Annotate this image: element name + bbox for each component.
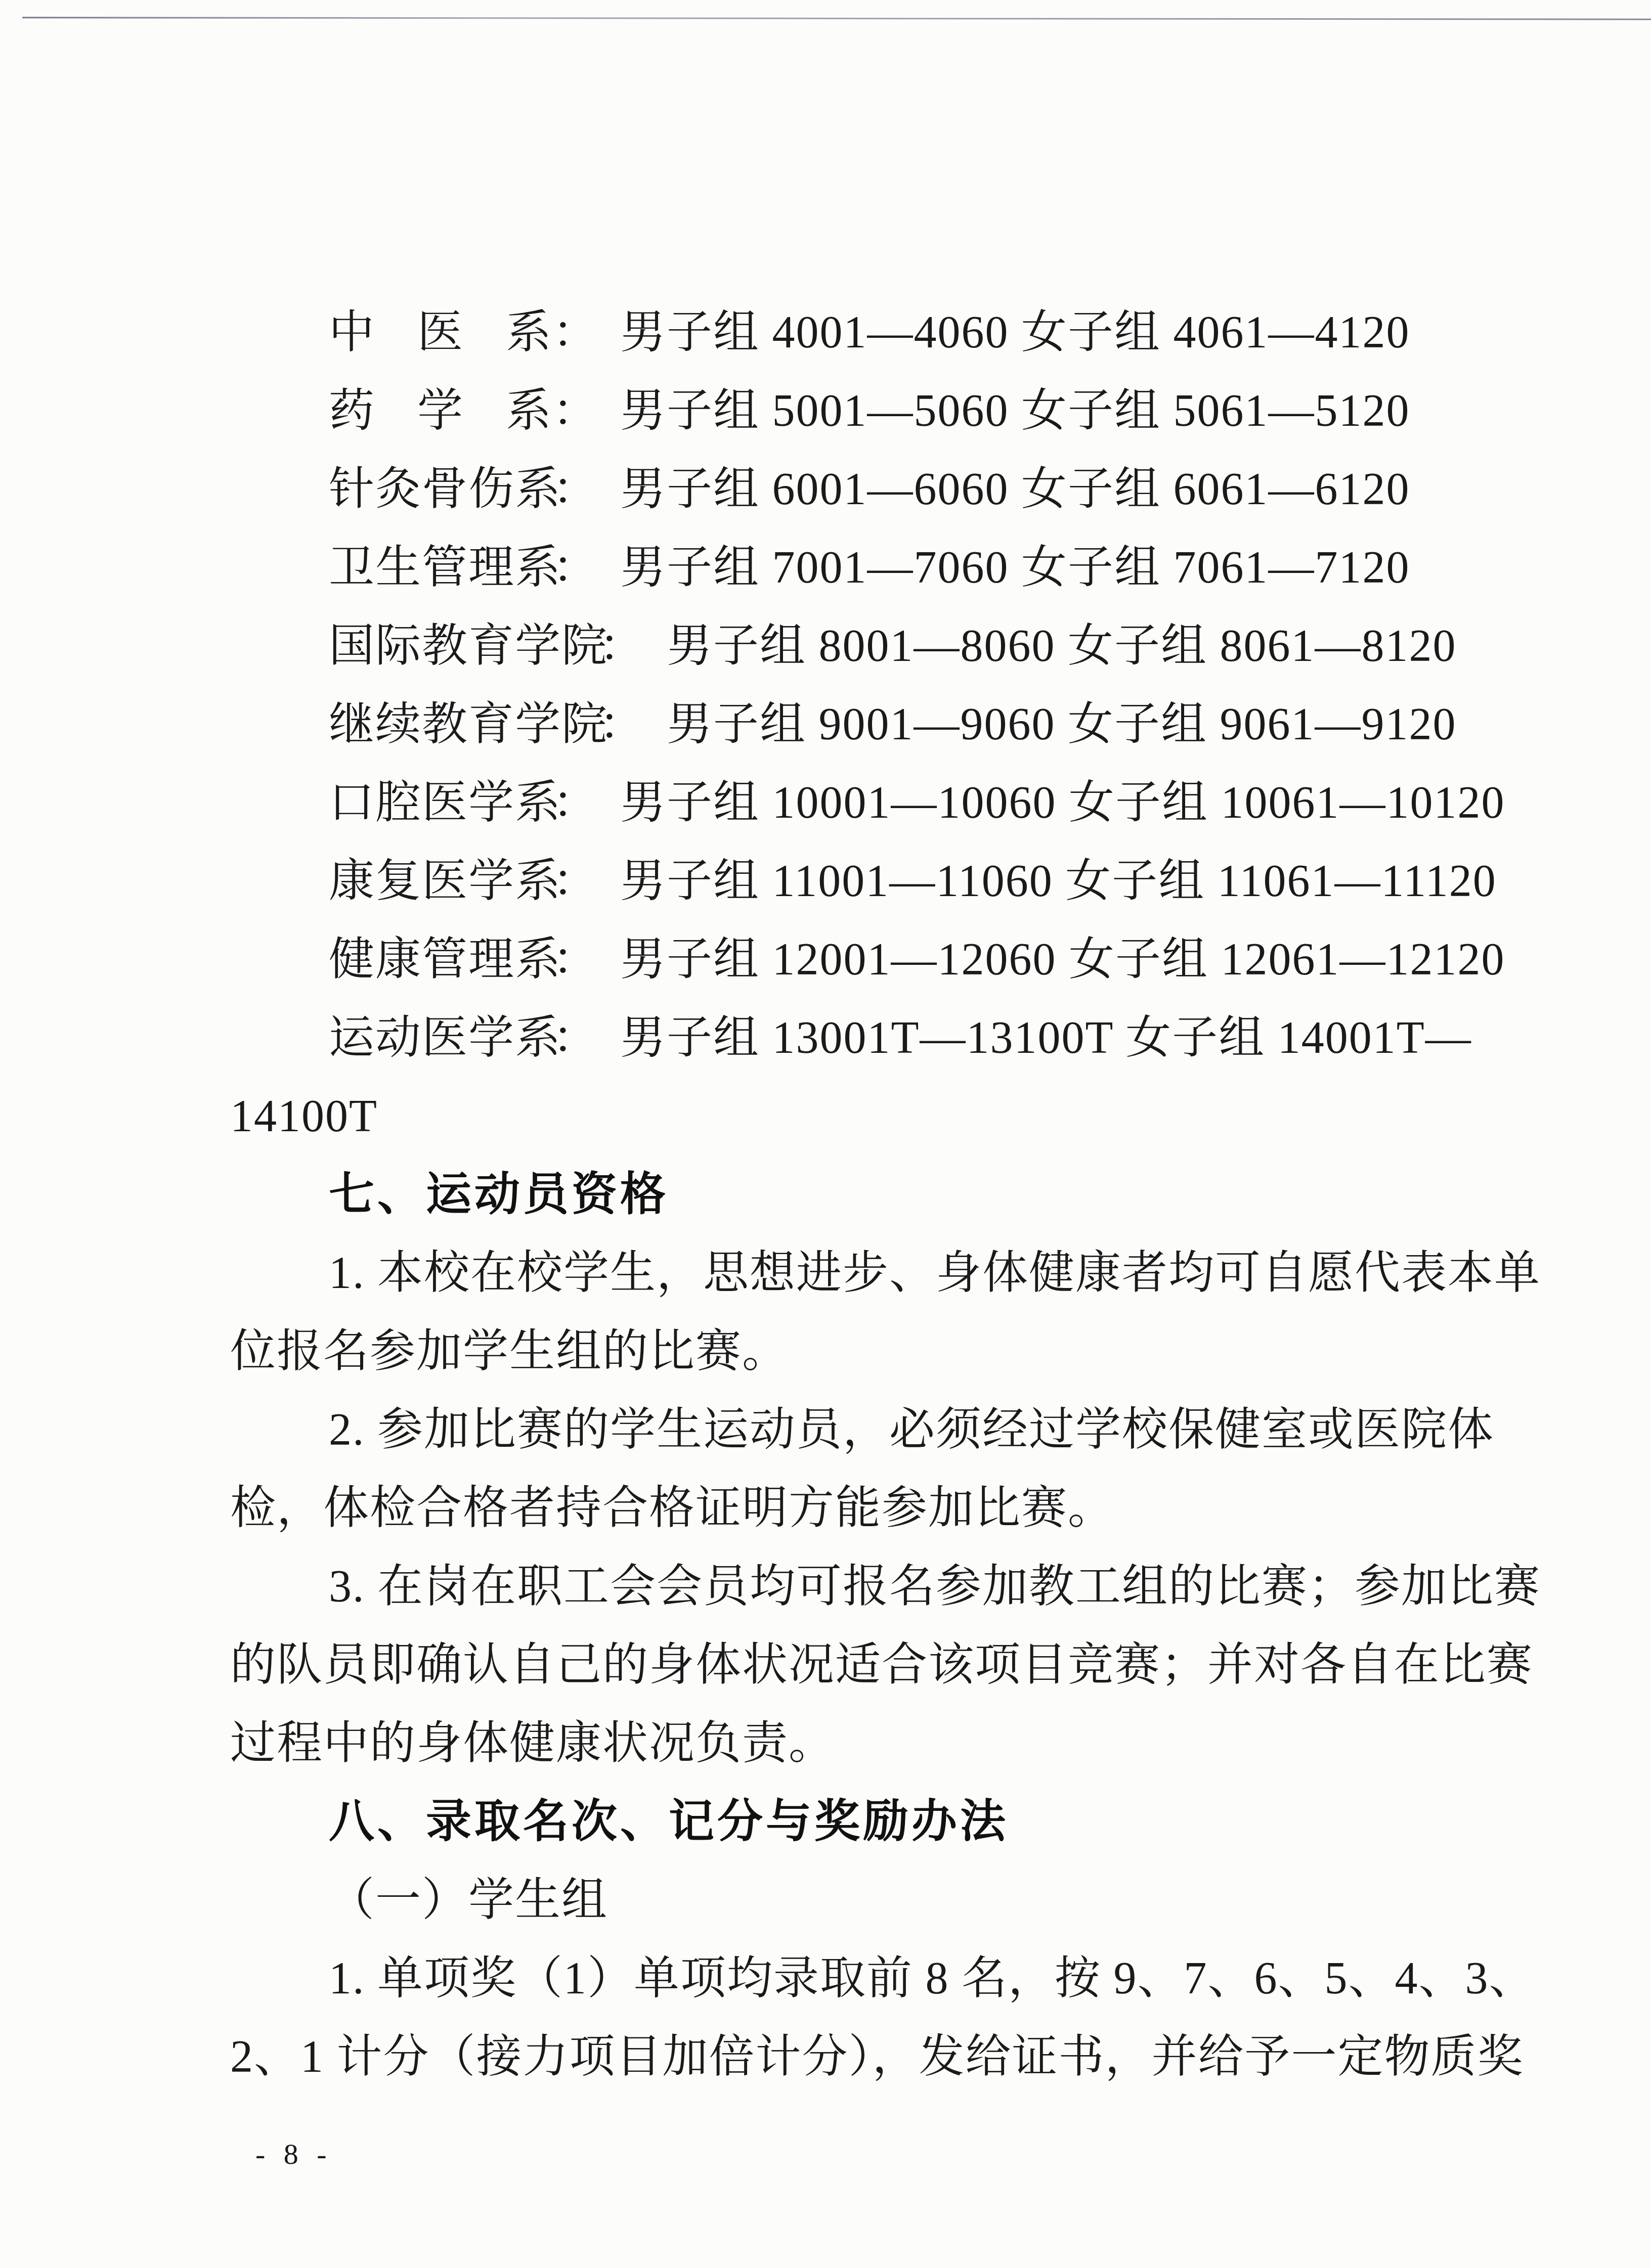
- paragraph-line: 位报名参加学生组的比赛。: [230, 1312, 789, 1391]
- paragraph-line: 1. 单项奖（1）单项均录取前 8 名，按 9、7、6、5、4、3、: [329, 1939, 1536, 2018]
- number-range: 男子组 4001—4060 女子组 4061—4120: [620, 307, 1410, 358]
- colon: ：: [552, 856, 599, 906]
- number-range: 男子组 5001—5060 女子组 5061—5120: [620, 386, 1410, 436]
- dept-name: 继续教育学院: [329, 685, 599, 764]
- roster-line: 继续教育学院：男子组 9001—9060 女子组 9061—9120: [329, 685, 1457, 764]
- paragraph-line: 过程中的身体健康状况负责。: [230, 1704, 835, 1783]
- roster-line: 口腔医学系：男子组 10001—10060 女子组 10061—10120: [329, 764, 1505, 842]
- number-range: 男子组 11001—11060 女子组 11061—11120: [620, 856, 1497, 906]
- dept-name: 康复医学系: [329, 842, 552, 920]
- subsection-heading: （一）学生组: [329, 1861, 608, 1939]
- colon: ：: [599, 699, 645, 749]
- dept-name: 运动医学系: [329, 999, 552, 1077]
- roster-overflow-line: 14100T: [230, 1077, 378, 1155]
- roster-line: 药学系：男子组 5001—5060 女子组 5061—5120: [329, 372, 1410, 450]
- roster-line: 针灸骨伤系：男子组 6001—6060 女子组 6061—6120: [329, 450, 1410, 528]
- paragraph-line: 检，体检合格者持合格证明方能参加比赛。: [230, 1469, 1114, 1547]
- colon: ：: [552, 464, 599, 514]
- dept-name: 针灸骨伤系: [329, 450, 552, 528]
- paragraph-line: 2. 参加比赛的学生运动员，必须经过学校保健室或医院体: [329, 1391, 1494, 1469]
- colon: ：: [552, 778, 599, 828]
- dept-name: 中医系: [329, 293, 552, 372]
- paragraph-line: 的队员即确认自己的身体状况适合该项目竞赛；并对各自在比赛: [230, 1626, 1533, 1704]
- colon: ：: [552, 543, 599, 593]
- paragraph-line: 2、1 计分（接力项目加倍计分），发给证书，并给予一定物质奖: [230, 2018, 1524, 2096]
- number-range: 男子组 6001—6060 女子组 6061—6120: [620, 464, 1410, 514]
- dept-name: 口腔医学系: [329, 764, 552, 842]
- scanned-document-page: { "roster": [ { "label": "中医系", "colon":…: [0, 0, 1651, 2268]
- roster-line: 中医系：男子组 4001—4060 女子组 4061—4120: [329, 293, 1410, 372]
- dept-name: 健康管理系: [329, 920, 552, 999]
- page-number: - 8 -: [255, 2138, 329, 2170]
- roster-line: 运动医学系：男子组 13001T—13100T 女子组 14001T—: [329, 999, 1472, 1077]
- paragraph-line: 1. 本校在校学生，思想进步、身体健康者均可自愿代表本单: [329, 1234, 1541, 1312]
- dept-name: 卫生管理系: [329, 528, 552, 607]
- number-range: 男子组 12001—12060 女子组 12061—12120: [620, 935, 1505, 985]
- roster-line: 健康管理系：男子组 12001—12060 女子组 12061—12120: [329, 920, 1505, 999]
- number-range: 男子组 8001—8060 女子组 8061—8120: [667, 621, 1457, 671]
- colon: ：: [599, 621, 645, 671]
- number-range: 男子组 7001—7060 女子组 7061—7120: [620, 543, 1410, 593]
- scan-artifact-line: [22, 17, 1651, 20]
- colon: ：: [552, 935, 599, 985]
- section-7-heading: 七、运动员资格: [329, 1155, 669, 1234]
- colon: ：: [552, 386, 599, 436]
- paragraph-line: 3. 在岗在职工会会员均可报名参加教工组的比赛；参加比赛: [329, 1547, 1541, 1626]
- roster-line: 康复医学系：男子组 11001—11060 女子组 11061—11120: [329, 842, 1497, 920]
- roster-line: 卫生管理系：男子组 7001—7060 女子组 7061—7120: [329, 528, 1410, 607]
- number-range: 男子组 13001T—13100T 女子组 14001T—: [620, 1013, 1472, 1063]
- number-range: 男子组 9001—9060 女子组 9061—9120: [667, 699, 1457, 749]
- colon: ：: [552, 307, 599, 358]
- roster-line: 国际教育学院：男子组 8001—8060 女子组 8061—8120: [329, 607, 1457, 685]
- dept-name: 药学系: [329, 372, 552, 450]
- number-range: 男子组 10001—10060 女子组 10061—10120: [620, 778, 1505, 828]
- section-8-heading: 八、录取名次、记分与奖励办法: [329, 1783, 1009, 1861]
- dept-name: 国际教育学院: [329, 607, 599, 685]
- colon: ：: [552, 1013, 599, 1063]
